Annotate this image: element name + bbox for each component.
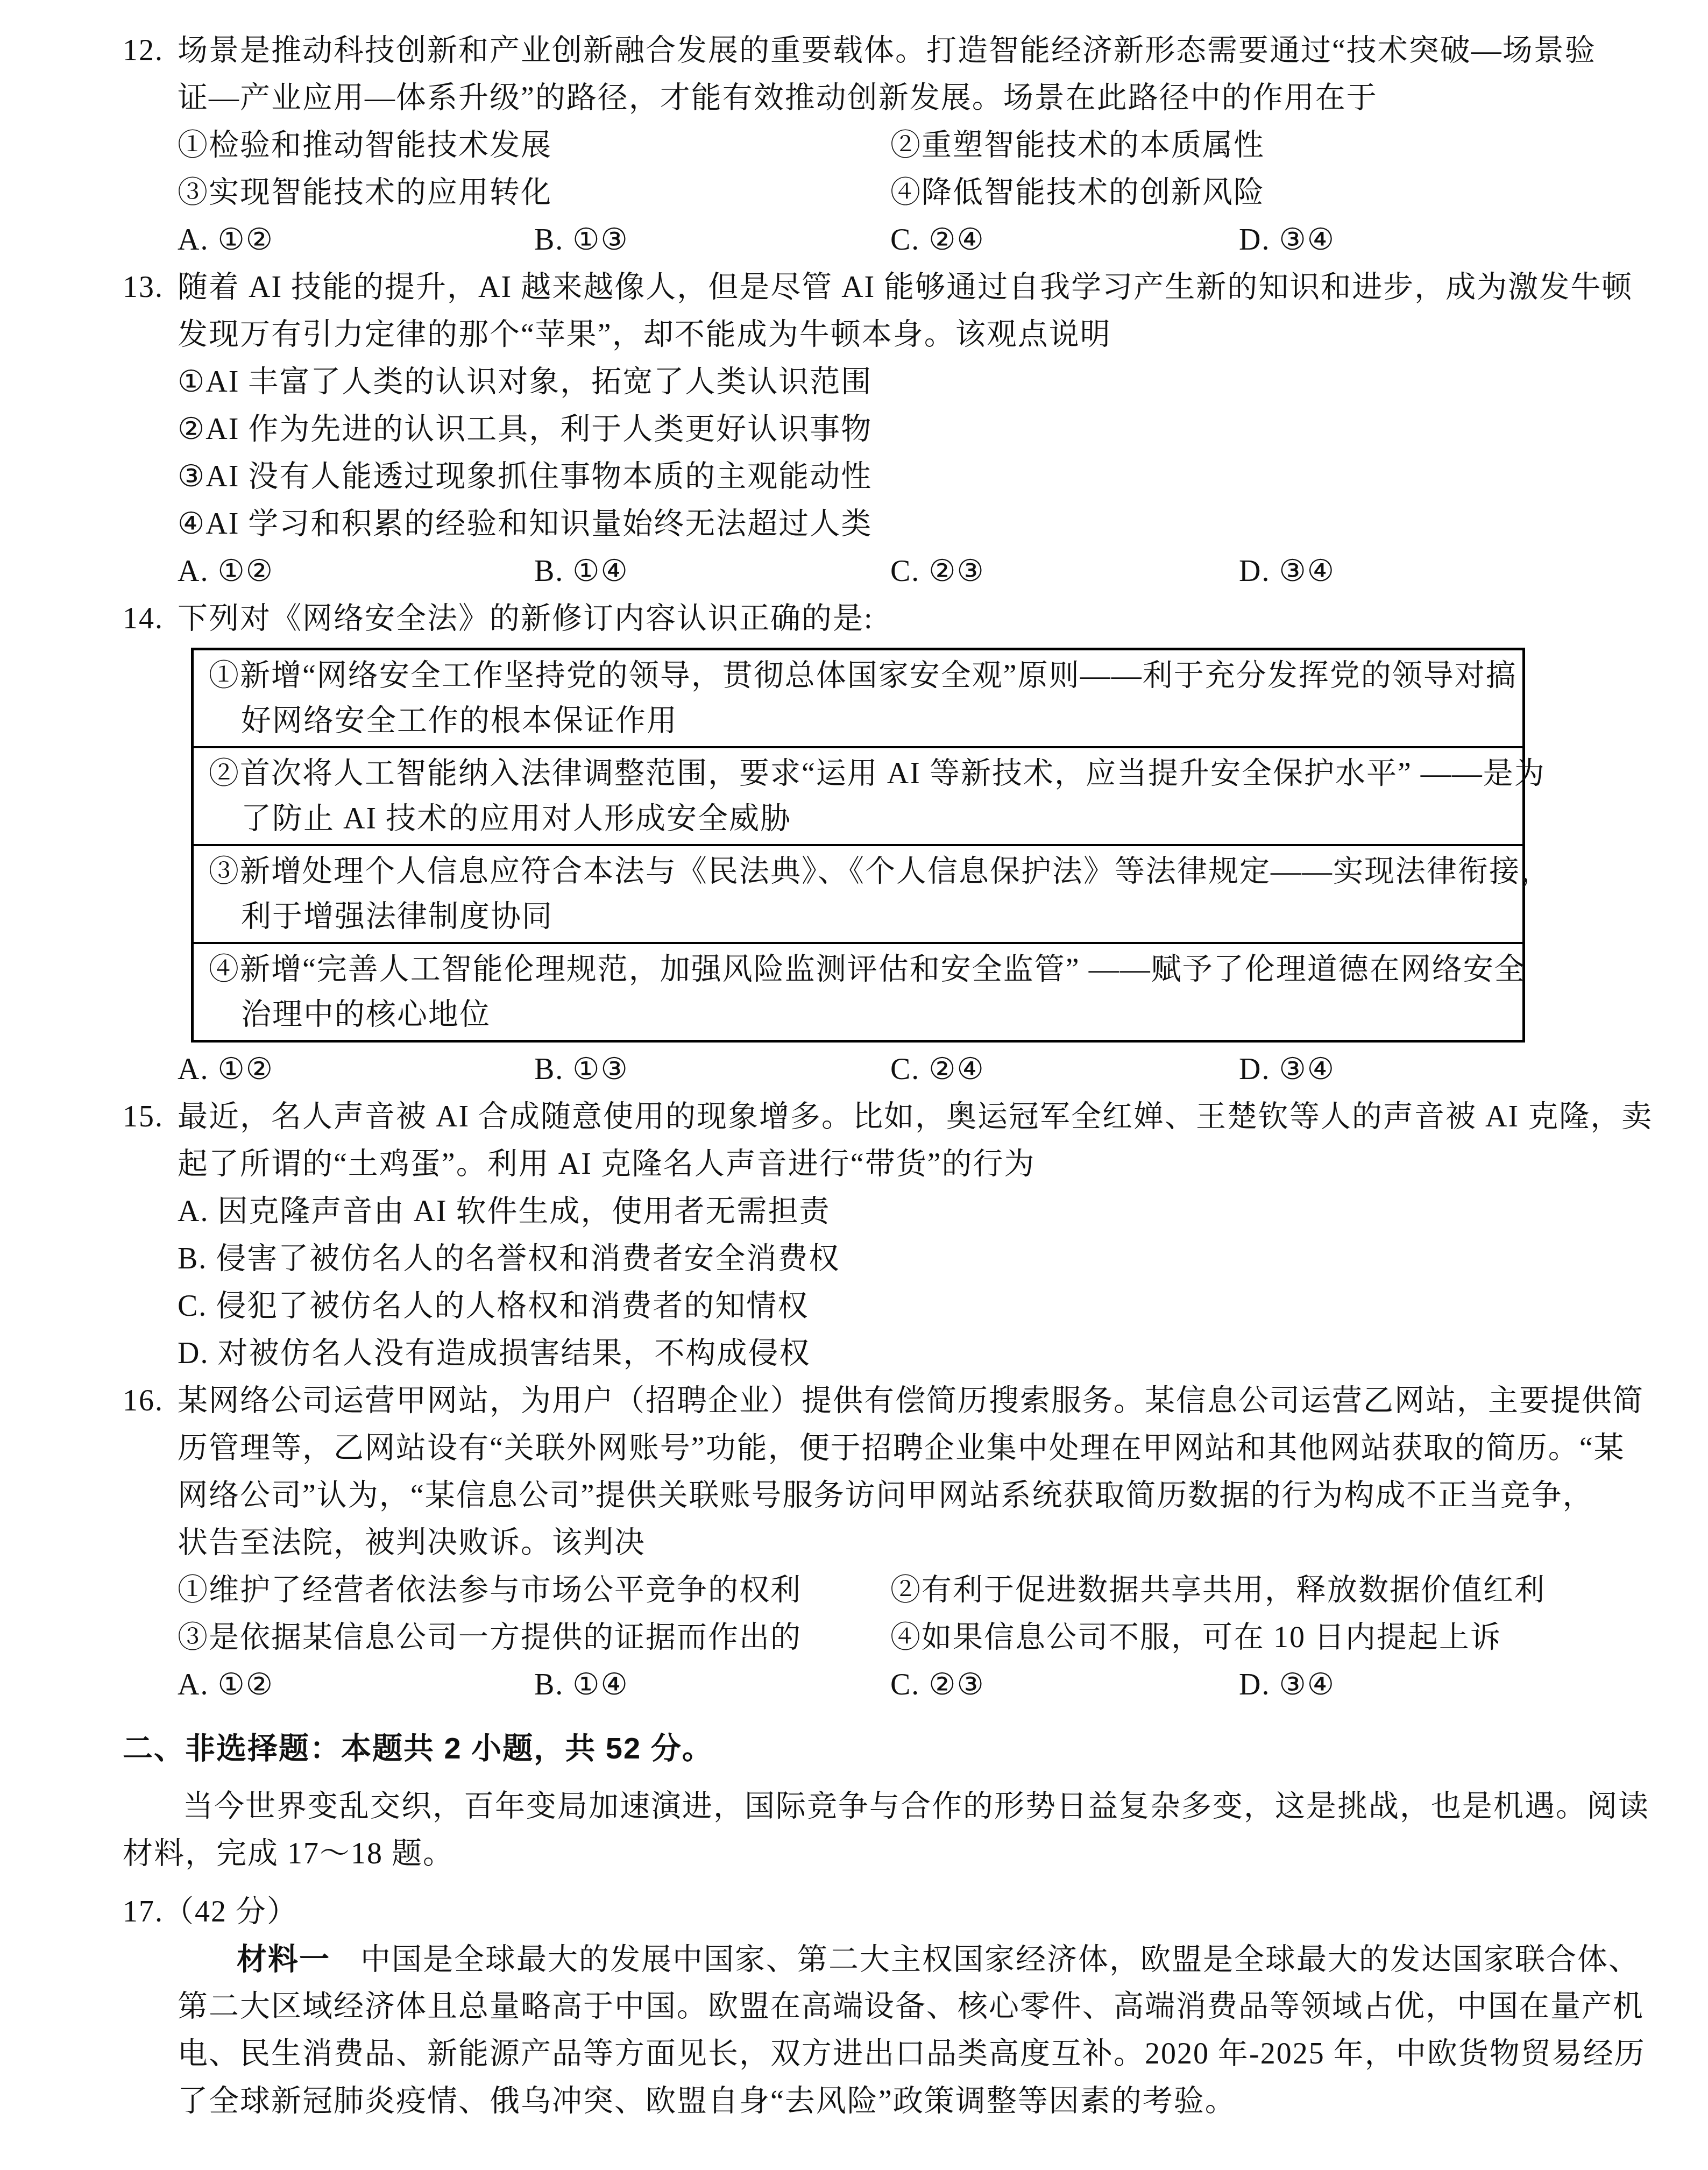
q12-stem-text-2: 证—产业应用—体系升级”的路径，才能有效推动创新发展。场景在此路径中的作用在于 — [178, 74, 1378, 122]
q16-option-a: A. ①② — [178, 1661, 274, 1708]
q16-stem-text-2: 历管理等，乙网站设有“关联外网账号”功能，便于招聘企业集中处理在甲网站和其他网站… — [178, 1424, 1625, 1472]
question-13: 13. 随着 AI 技能的提升，AI 越来越像人，但是尽管 AI 能够通过自我学… — [0, 264, 1708, 595]
q13-option-c: C. ②③ — [890, 548, 985, 595]
q17-number: 17.（42 分） — [123, 1888, 298, 1935]
q13-stem-line-1: 13. 随着 AI 技能的提升，AI 越来越像人，但是尽管 AI 能够通过自我学… — [0, 264, 1708, 311]
q17-material-text-1: 材料一中国是全球最大的发展中国家、第二大主权国家经济体，欧盟是全球最大的发达国家… — [237, 1935, 1640, 1983]
q15-option-d: D. 对被仿名人没有造成损害结果，不构成侵权 — [178, 1330, 810, 1377]
q15-option-d-line: D. 对被仿名人没有造成损害结果，不构成侵权 — [0, 1330, 1708, 1377]
q14-table-row-4: ④新增“完善人工智能伦理规范，加强风险监测评估和安全监管” ——赋予了伦理道德在… — [194, 942, 1522, 1040]
q17-material-line-4: 了全球新冠肺炎疫情、俄乌冲突、欧盟自身“去风险”政策调整等因素的考验。 — [0, 2077, 1708, 2125]
q15-stem-text-2: 起了所谓的“土鸡蛋”。利用 AI 克隆名人声音进行“带货”的行为 — [178, 1140, 1036, 1188]
q12-statement-2: ②重塑智能技术的本质属性 — [890, 122, 1265, 169]
q13-statement-4-line: ④AI 学习和积累的经验和知识量始终无法超过人类 — [0, 500, 1708, 548]
q14-stem-text: 下列对《网络安全法》的新修订内容认识正确的是: — [178, 595, 874, 642]
q15-option-c: C. 侵犯了被仿名人的人格权和消费者的知情权 — [178, 1282, 809, 1330]
q16-stem-line-4: 状告至法院，被判决败诉。该判决 — [0, 1519, 1708, 1566]
q16-stem-text-1: 某网络公司运营甲网站，为用户（招聘企业）提供有偿简历搜索服务。某信息公司运营乙网… — [178, 1377, 1644, 1424]
q17-material-line-1: 材料一中国是全球最大的发展中国家、第二大主权国家经济体，欧盟是全球最大的发达国家… — [0, 1935, 1708, 1983]
q13-option-d: D. ③④ — [1239, 548, 1335, 595]
q13-statement-2: ②AI 作为先进的认识工具，利于人类更好认识事物 — [178, 406, 872, 453]
q16-stem-text-4: 状告至法院，被判决败诉。该判决 — [178, 1519, 646, 1566]
question-15: 15. 最近，名人声音被 AI 合成随意使用的现象增多。比如，奥运冠军全红婵、王… — [0, 1093, 1708, 1377]
q13-statement-1-line: ①AI 丰富了人类的认识对象，拓宽了人类认识范围 — [0, 358, 1708, 406]
q13-option-b: B. ①④ — [534, 548, 629, 595]
q14-row1-line2: 好网络安全工作的根本保证作用 — [194, 698, 1522, 743]
q14-option-c: C. ②④ — [890, 1046, 985, 1093]
q13-stem-line-2: 发现万有引力定律的那个“苹果”，却不能成为牛顿本身。该观点说明 — [0, 311, 1708, 358]
q16-options-row: A. ①② B. ①④ C. ②③ D. ③④ — [0, 1661, 1708, 1708]
q16-number: 16. — [123, 1377, 164, 1424]
q13-statement-3: ③AI 没有人能透过现象抓住事物本质的主观能动性 — [178, 453, 872, 500]
exam-page: 12. 场景是推动科技创新和产业创新融合发展的重要载体。打造智能经济新形态需要通… — [0, 0, 1708, 2170]
q13-statement-3-line: ③AI 没有人能透过现象抓住事物本质的主观能动性 — [0, 453, 1708, 500]
section-2-intro-line-2: 材料，完成 17～18 题。 — [0, 1830, 1708, 1877]
question-16: 16. 某网络公司运营甲网站，为用户（招聘企业）提供有偿简历搜索服务。某信息公司… — [0, 1377, 1708, 1708]
q15-stem-line-2: 起了所谓的“土鸡蛋”。利用 AI 克隆名人声音进行“带货”的行为 — [0, 1140, 1708, 1188]
q16-statements-row-2: ③是依据某信息公司一方提供的证据而作出的 ④如果信息公司不服，可在 10 日内提… — [0, 1614, 1708, 1661]
q16-option-b: B. ①④ — [534, 1661, 629, 1708]
q12-statement-3: ③实现智能技术的应用转化 — [178, 169, 552, 216]
q15-stem-line-1: 15. 最近，名人声音被 AI 合成随意使用的现象增多。比如，奥运冠军全红婵、王… — [0, 1093, 1708, 1140]
question-17: 17.（42 分） 材料一中国是全球最大的发展中国家、第二大主权国家经济体，欧盟… — [0, 1888, 1708, 2125]
q14-row4-line2: 治理中的核心地位 — [194, 992, 1522, 1037]
q14-row2-line1: ②首次将人工智能纳入法律调整范围，要求“运用 AI 等新技术，应当提升安全保护水… — [194, 751, 1522, 796]
q12-statement-1: ①检验和推动智能技术发展 — [178, 122, 552, 169]
q12-option-c: C. ②④ — [890, 216, 985, 264]
q17-number-line: 17.（42 分） — [0, 1888, 1708, 1935]
q12-statements-row-1: ①检验和推动智能技术发展 ②重塑智能技术的本质属性 — [0, 122, 1708, 169]
q16-statements-row-1: ①维护了经营者依法参与市场公平竞争的权利 ②有利于促进数据共享共用，释放数据价值… — [0, 1566, 1708, 1614]
q13-options-row: A. ①② B. ①④ C. ②③ D. ③④ — [0, 548, 1708, 595]
q16-stem-line-1: 16. 某网络公司运营甲网站，为用户（招聘企业）提供有偿简历搜索服务。某信息公司… — [0, 1377, 1708, 1424]
q12-number: 12. — [123, 27, 164, 74]
q13-option-a: A. ①② — [178, 548, 274, 595]
q15-stem-text-1: 最近，名人声音被 AI 合成随意使用的现象增多。比如，奥运冠军全红婵、王楚钦等人… — [178, 1093, 1653, 1140]
q17-material-line-3: 电、民生消费品、新能源产品等方面见长，双方进出口品类高度互补。2020 年-20… — [0, 2030, 1708, 2077]
q16-option-d: D. ③④ — [1239, 1661, 1335, 1708]
q12-option-a: A. ①② — [178, 216, 274, 264]
q15-number: 15. — [123, 1093, 164, 1140]
q16-stem-line-2: 历管理等，乙网站设有“关联外网账号”功能，便于招聘企业集中处理在甲网站和其他网站… — [0, 1424, 1708, 1472]
question-12: 12. 场景是推动科技创新和产业创新融合发展的重要载体。打造智能经济新形态需要通… — [0, 27, 1708, 264]
q14-table: ①新增“网络安全工作坚持党的领导，贯彻总体国家安全观”原则——利于充分发挥党的领… — [191, 648, 1525, 1043]
q17-material-line-2: 第二大区域经济体且总量略高于中国。欧盟在高端设备、核心零件、高端消费品等领域占优… — [0, 1983, 1708, 2030]
section-2-intro-line-1: 当今世界变乱交织，百年变局加速演进，国际竞争与合作的形势日益复杂多变，这是挑战，… — [0, 1783, 1708, 1830]
q14-table-row-1: ①新增“网络安全工作坚持党的领导，贯彻总体国家安全观”原则——利于充分发挥党的领… — [194, 650, 1522, 746]
q14-options-row: A. ①② B. ①③ C. ②④ D. ③④ — [0, 1046, 1708, 1093]
q12-stem-line-2: 证—产业应用—体系升级”的路径，才能有效推动创新发展。场景在此路径中的作用在于 — [0, 74, 1708, 122]
q17-material-text-2: 第二大区域经济体且总量略高于中国。欧盟在高端设备、核心零件、高端消费品等领域占优… — [178, 1983, 1644, 2030]
section-2-intro-text-1: 当今世界变乱交织，百年变局加速演进，国际竞争与合作的形势日益复杂多变，这是挑战，… — [183, 1783, 1649, 1830]
q14-stem-line: 14. 下列对《网络安全法》的新修订内容认识正确的是: — [0, 595, 1708, 642]
q15-option-a: A. 因克隆声音由 AI 软件生成，使用者无需担责 — [178, 1188, 831, 1235]
q14-row3-line2: 利于增强法律制度协同 — [194, 894, 1522, 939]
q16-statement-2: ②有利于促进数据共享共用，释放数据价值红利 — [890, 1566, 1546, 1614]
q14-row1-line1: ①新增“网络安全工作坚持党的领导，贯彻总体国家安全观”原则——利于充分发挥党的领… — [194, 653, 1522, 698]
q12-statements-row-2: ③实现智能技术的应用转化 ④降低智能技术的创新风险 — [0, 169, 1708, 216]
q15-option-b: B. 侵害了被仿名人的名誉权和消费者安全消费权 — [178, 1235, 840, 1282]
q15-option-c-line: C. 侵犯了被仿名人的人格权和消费者的知情权 — [0, 1282, 1708, 1330]
q12-option-d: D. ③④ — [1239, 216, 1335, 264]
q13-stem-text-2: 发现万有引力定律的那个“苹果”，却不能成为牛顿本身。该观点说明 — [178, 311, 1111, 358]
section-2-heading-line: 二、非选择题：本题共 2 小题，共 52 分。 — [0, 1725, 1708, 1772]
q16-option-c: C. ②③ — [890, 1661, 985, 1708]
q16-stem-line-3: 网络公司”认为，“某信息公司”提供关联账号服务访问甲网站系统获取简历数据的行为构… — [0, 1472, 1708, 1519]
q16-statement-1: ①维护了经营者依法参与市场公平竞争的权利 — [178, 1566, 802, 1614]
section-2: 二、非选择题：本题共 2 小题，共 52 分。 当今世界变乱交织，百年变局加速演… — [0, 1725, 1708, 1877]
q14-number: 14. — [123, 595, 164, 642]
q15-option-b-line: B. 侵害了被仿名人的名誉权和消费者安全消费权 — [0, 1235, 1708, 1282]
q14-option-b: B. ①③ — [534, 1046, 629, 1093]
q14-option-d: D. ③④ — [1239, 1046, 1335, 1093]
question-14: 14. 下列对《网络安全法》的新修订内容认识正确的是: ①新增“网络安全工作坚持… — [0, 595, 1708, 1093]
q14-row2-line2: 了防止 AI 技术的应用对人形成安全威胁 — [194, 796, 1522, 841]
q16-statement-3: ③是依据某信息公司一方提供的证据而作出的 — [178, 1614, 802, 1661]
q14-table-row-3: ③新增处理个人信息应符合本法与《民法典》、《个人信息保护法》等法律规定——实现法… — [194, 844, 1522, 942]
q12-options-row: A. ①② B. ①③ C. ②④ D. ③④ — [0, 216, 1708, 264]
q14-table-row-2: ②首次将人工智能纳入法律调整范围，要求“运用 AI 等新技术，应当提升安全保护水… — [194, 746, 1522, 844]
q13-statement-2-line: ②AI 作为先进的认识工具，利于人类更好认识事物 — [0, 406, 1708, 453]
q13-statement-1: ①AI 丰富了人类的认识对象，拓宽了人类认识范围 — [178, 358, 872, 406]
q12-option-b: B. ①③ — [534, 216, 629, 264]
q14-row3-line1: ③新增处理个人信息应符合本法与《民法典》、《个人信息保护法》等法律规定——实现法… — [194, 849, 1522, 894]
q13-stem-text-1: 随着 AI 技能的提升，AI 越来越像人，但是尽管 AI 能够通过自我学习产生新… — [178, 264, 1633, 311]
q16-statement-4: ④如果信息公司不服，可在 10 日内提起上诉 — [890, 1614, 1501, 1661]
section-2-intro-text-2: 材料，完成 17～18 题。 — [123, 1830, 454, 1877]
q17-material-text-4: 了全球新冠肺炎疫情、俄乌冲突、欧盟自身“去风险”政策调整等因素的考验。 — [178, 2077, 1236, 2125]
q15-option-a-line: A. 因克隆声音由 AI 软件生成，使用者无需担责 — [0, 1188, 1708, 1235]
q13-number: 13. — [123, 264, 164, 311]
q14-option-a: A. ①② — [178, 1046, 274, 1093]
q16-stem-text-3: 网络公司”认为，“某信息公司”提供关联账号服务访问甲网站系统获取简历数据的行为构… — [178, 1472, 1594, 1519]
q12-stem-text-1: 场景是推动科技创新和产业创新融合发展的重要载体。打造智能经济新形态需要通过“技术… — [178, 27, 1596, 74]
q13-statement-4: ④AI 学习和积累的经验和知识量始终无法超过人类 — [178, 500, 872, 548]
q17-material-line1-text: 中国是全球最大的发展中国家、第二大主权国家经济体，欧盟是全球最大的发达国家联合体… — [360, 1943, 1640, 1976]
q12-statement-4: ④降低智能技术的创新风险 — [890, 169, 1265, 216]
q17-material-text-3: 电、民生消费品、新能源产品等方面见长，双方进出口品类高度互补。2020 年-20… — [178, 2030, 1646, 2077]
q17-material-label: 材料一 — [237, 1942, 330, 1976]
section-2-heading: 二、非选择题：本题共 2 小题，共 52 分。 — [123, 1725, 713, 1772]
q12-stem-line-1: 12. 场景是推动科技创新和产业创新融合发展的重要载体。打造智能经济新形态需要通… — [0, 27, 1708, 74]
q14-row4-line1: ④新增“完善人工智能伦理规范，加强风险监测评估和安全监管” ——赋予了伦理道德在… — [194, 947, 1522, 992]
